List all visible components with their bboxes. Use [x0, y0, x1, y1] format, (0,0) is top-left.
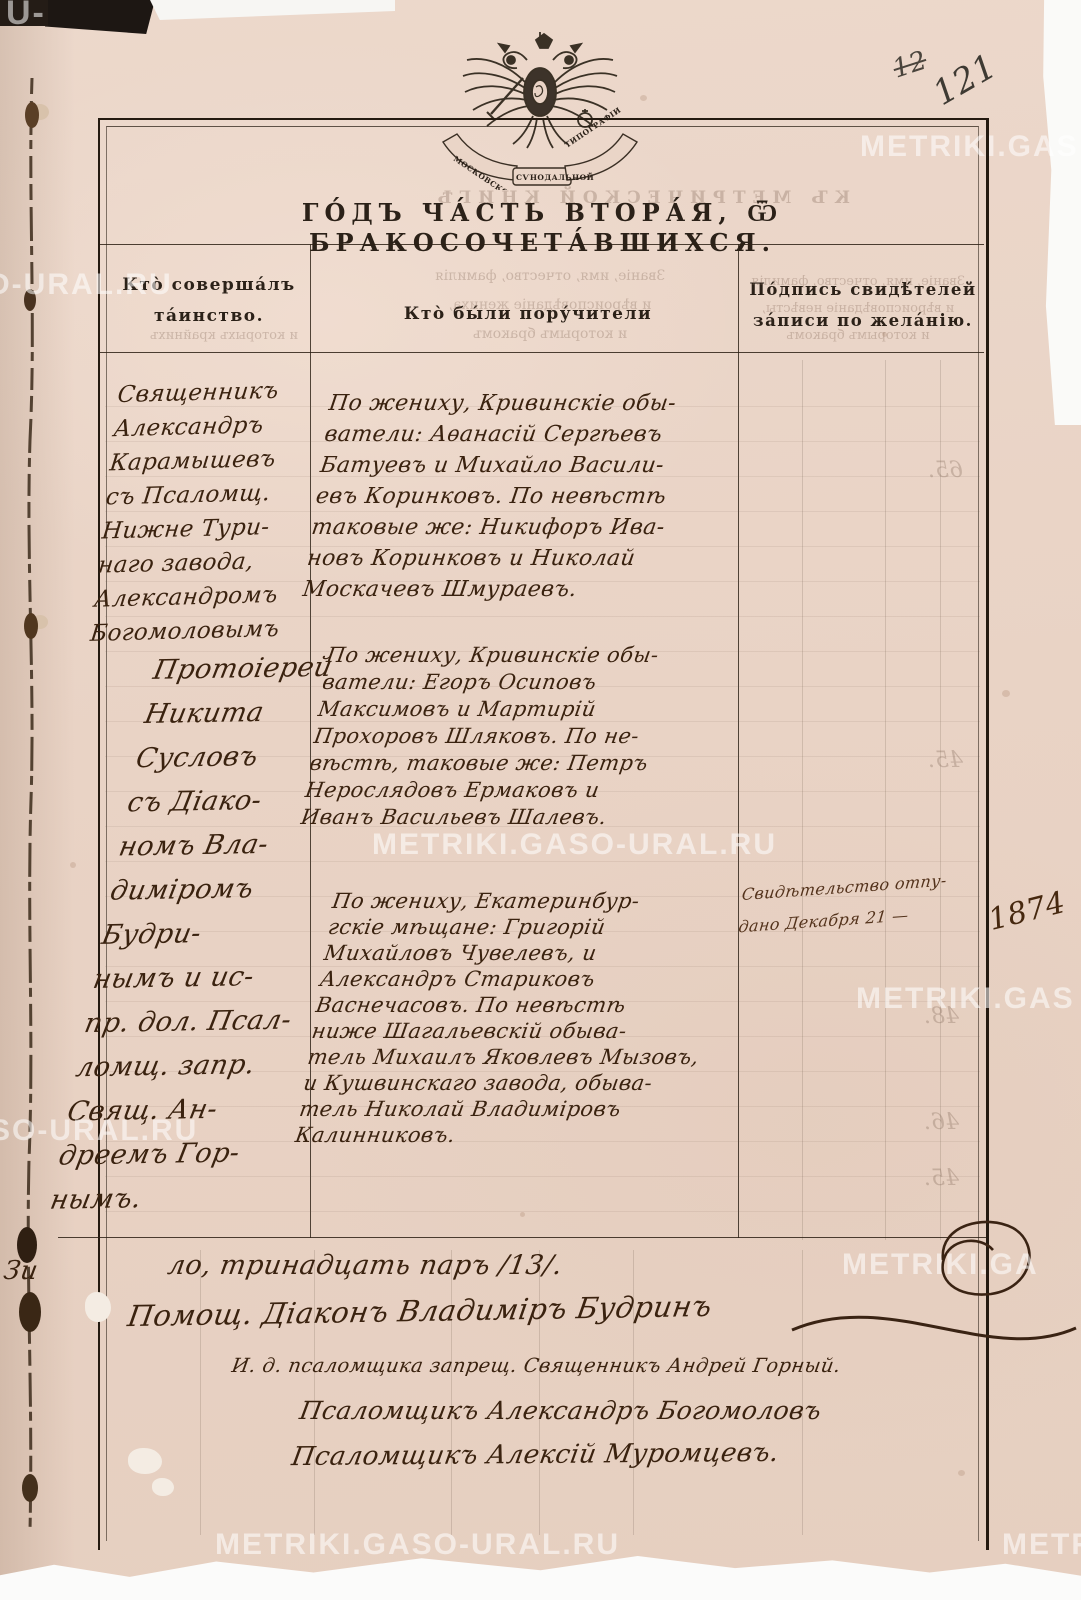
binding-stitches [0, 0, 70, 1600]
bleed-age: 45. [924, 1166, 959, 1191]
record-3-guarantors: По жениху, Екатеринбур-гскіе мѣщане: Гри… [293, 888, 725, 1148]
watermark: METRIKI.GA [1002, 1528, 1081, 1562]
paper-damage [152, 1478, 174, 1496]
paper-damage [85, 1292, 111, 1322]
record-1-guarantors: По жениху, Кривинскіе обы-ватели: Аѳанас… [301, 388, 684, 605]
signature-acting-psalmist: И. д. псаломщика запрещ. Священникъ Андр… [230, 1354, 842, 1377]
watermark: D-URAL.RU [0, 268, 173, 302]
faint-rule [802, 1250, 803, 1535]
signature-psalmist-muromtsev: Псаломщикъ Алексій Муромцевъ. [289, 1438, 781, 1472]
faint-rule [200, 1250, 201, 1535]
record-2-guarantors: По жениху, Кривинскіе обы-ватели: Егоръ … [299, 642, 667, 831]
paper-damage [128, 1448, 162, 1474]
watermark: METRIKI.GASO-URAL.RU [215, 1528, 620, 1562]
summary-pairs-count: ло, тринадцать паръ /13/. [166, 1250, 565, 1281]
bleedthrough-col2: Званіе, имя, отчество, фамиліяи вѣроиспо… [400, 262, 700, 349]
watermark: METRIKI.GAS [856, 982, 1075, 1016]
bleed-age: 65. [928, 458, 963, 483]
bleed-age: 46. [924, 1110, 959, 1135]
record-1-officiant: СвященникъАлександръКарамышевъсъ Псаломщ… [88, 373, 308, 651]
watermark: U- [6, 0, 46, 33]
header-underline [100, 352, 984, 353]
foxing-spot [1002, 690, 1010, 697]
scanned-metric-book-page: МОСКОВСКОЙ СѴНОДАЛЬНОЙ ТИПОГРАФІИ 12 121… [0, 0, 1081, 1600]
faint-rule [314, 1250, 315, 1535]
summary-left-fragment: Зи [1, 1256, 40, 1286]
bleed-age: 45. [928, 748, 963, 773]
summary-rule [58, 1237, 986, 1238]
section-title: ГО́ДЪ ЧА́СТЬ ВТОРА́Я, Ѿ БРАКОСОЧЕТА́ВШИХ… [110, 198, 975, 257]
watermark: METRIKI.GA [842, 1248, 1039, 1282]
bleedthrough-col1: и которыхъ крайнихъ [150, 328, 298, 343]
signature-psalmist-bogomolov: Псаломщикъ Александръ Богомоловъ [297, 1396, 823, 1425]
watermark: METRIKI.GASO-URAL.RU [372, 828, 777, 862]
title-separator-line [100, 244, 984, 245]
watermark: SO-URAL.RU [0, 1114, 198, 1148]
bleedthrough-col3: Званіе, имя, отчество, фамиліяи вѣроиспо… [748, 268, 968, 349]
watermark: METRIKI.GAS [860, 130, 1079, 164]
